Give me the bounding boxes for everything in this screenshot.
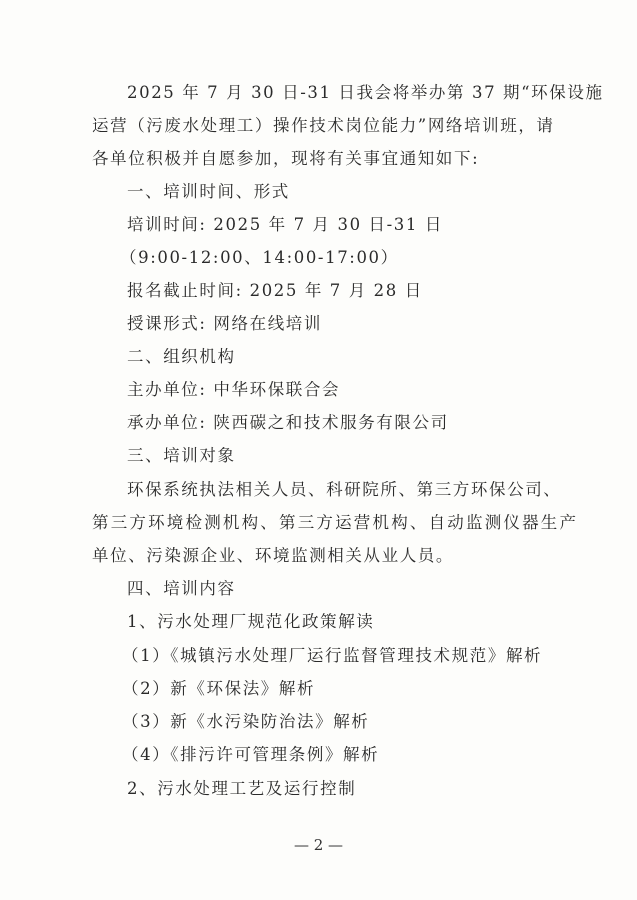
page-number: — 2 —: [0, 836, 637, 854]
co-organizer: 承办单位: 陕西碳之和技术服务有限公司: [127, 413, 582, 433]
teaching-format: 授课形式: 网络在线培训: [127, 314, 582, 334]
content-subitem-4: （4）《排污许可管理条例》解析: [122, 745, 577, 765]
content-item-2: 2、污水处理工艺及运行控制: [127, 779, 582, 799]
content-subitem-3: （3）新《水污染防治法》解析: [122, 712, 577, 732]
paragraph-intro-line-1: 2025 年 7 月 30 日-31 日我会将举办第 37 期“环保设施: [127, 83, 582, 103]
paragraph-intro-line-3: 各单位积极并自愿参加，现将有关事宜通知如下:: [92, 149, 547, 169]
content-subitem-2: （2）新《环保法》解析: [122, 679, 577, 699]
target-audience-line-2: 第三方环境检测机构、第三方运营机构、自动监测仪器生产: [92, 513, 547, 533]
registration-deadline: 报名截止时间: 2025 年 7 月 28 日: [127, 281, 582, 301]
training-hours: （9:00-12:00、14:00-17:00）: [120, 248, 575, 268]
section-heading-organization: 二、组织机构: [127, 347, 582, 367]
section-heading-training-content: 四、培训内容: [127, 579, 582, 599]
paragraph-intro-line-2: 运营（污废水处理工）操作技术岗位能力”网络培训班，请: [92, 116, 547, 136]
training-time: 培训时间: 2025 年 7 月 30 日-31 日: [127, 215, 582, 235]
organizer: 主办单位: 中华环保联合会: [127, 380, 582, 400]
section-heading-training-time: 一、培训时间、形式: [127, 182, 582, 202]
content-item-1: 1、污水处理厂规范化政策解读: [127, 612, 582, 632]
target-audience-line-3: 单位、污染源企业、环境监测相关从业人员。: [92, 546, 547, 566]
content-subitem-1: （1）《城镇污水处理厂运行监督管理技术规范》解析: [122, 646, 577, 666]
target-audience-line-1: 环保系统执法相关人员、科研院所、第三方环保公司、: [127, 480, 582, 500]
section-heading-target-audience: 三、培训对象: [127, 446, 582, 466]
document-page: 2025 年 7 月 30 日-31 日我会将举办第 37 期“环保设施 运营（…: [0, 0, 637, 900]
